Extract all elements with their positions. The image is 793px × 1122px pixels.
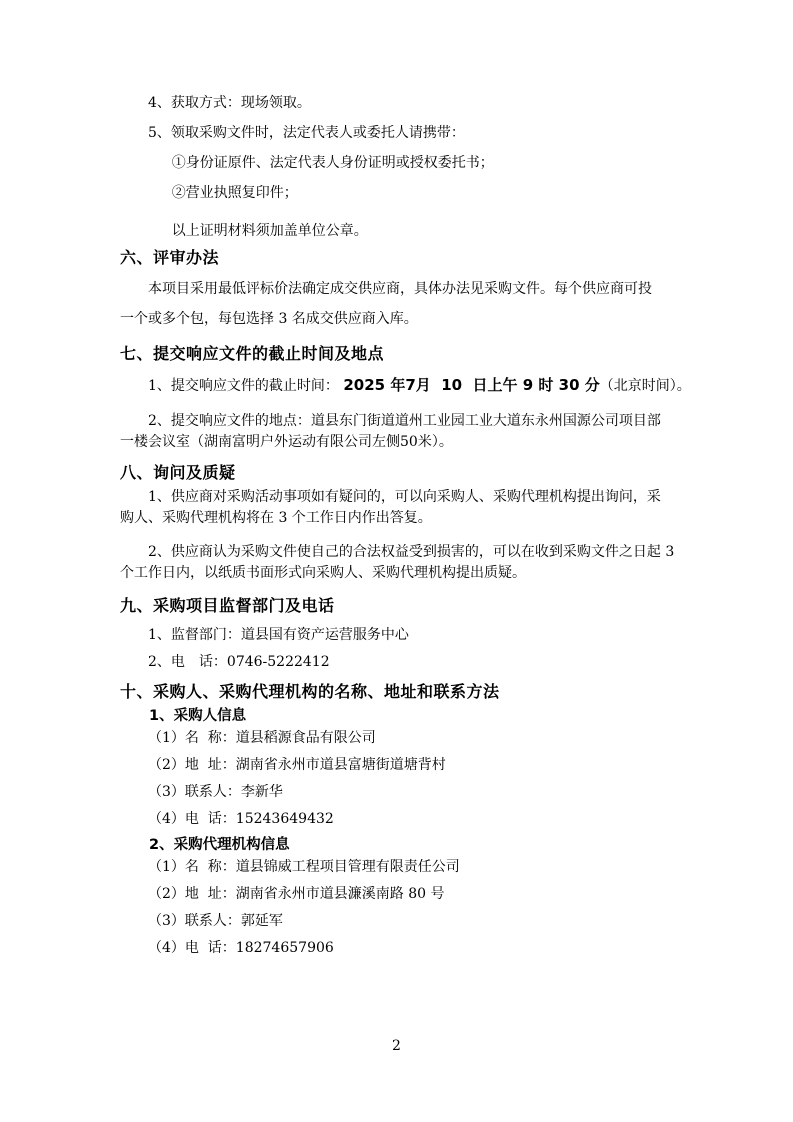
purchaser-phone: （4）电 话：15243649432 bbox=[120, 806, 720, 833]
purchaser-contact: （3）联系人：李新华 bbox=[120, 779, 720, 806]
challenge-paragraph: 2、供应商认为采购文件使自己的合法权益受到损害的，可以在收到采购文件之日起 3 … bbox=[120, 542, 720, 584]
list-subitem-2: ②营业执照复印件； bbox=[120, 178, 720, 208]
list-subitem-1: ①身份证原件、法定代表人身份证明或授权委托书； bbox=[120, 148, 720, 178]
submission-location: 2、提交响应文件的地点：道县东门街道道州工业园工业大道东永州国源公司项目部 一楼… bbox=[120, 411, 720, 453]
page-content: 4、获取方式：现场领取。 5、领取采购文件时，法定代表人或委托人请携带： ①身份… bbox=[0, 0, 793, 962]
section-10-heading: 十、采购人、采购代理机构的名称、地址和联系方法 bbox=[120, 680, 720, 704]
section-6-paragraph: 本项目采用最低评标价法确定成交供应商，具体办法见采购文件。每个供应商可投 一个或… bbox=[120, 274, 720, 334]
section-6-heading: 六、评审办法 bbox=[120, 246, 720, 270]
agency-contact: （3）联系人：郭延军 bbox=[120, 908, 720, 935]
document-page: 4、获取方式：现场领取。 5、领取采购文件时，法定代表人或委托人请携带： ①身份… bbox=[0, 0, 793, 1122]
inquiry-paragraph: 1、供应商对采购活动事项如有疑问的，可以向采购人、采购代理机构提出询问，采 购人… bbox=[120, 487, 720, 529]
section-7-heading: 七、提交响应文件的截止时间及地点 bbox=[120, 342, 720, 366]
section-8-heading: 八、询问及质疑 bbox=[120, 461, 720, 485]
list-item-4: 4、获取方式：现场领取。 bbox=[120, 88, 720, 118]
supervision-phone: 2、电 话：0746-5222412 bbox=[120, 649, 720, 676]
section-9-heading: 九、采购项目监督部门及电话 bbox=[120, 594, 720, 618]
deadline-line: 1、提交响应文件的截止时间： 2025 年7月 10 日上午 9 时 30 分（… bbox=[120, 370, 720, 401]
deadline-prefix: 1、提交响应文件的截止时间： bbox=[148, 378, 343, 394]
purchaser-name: （1）名 称：道县稻源食品有限公司 bbox=[120, 725, 720, 752]
page-footer: 2 bbox=[0, 1038, 793, 1054]
agency-address: （2）地 址：湖南省永州市道县濂溪南路 80 号 bbox=[120, 881, 720, 908]
agency-name: （1）名 称：道县锦威工程项目管理有限责任公司 bbox=[120, 854, 720, 881]
deadline-value: 2025 年7月 10 日上午 9 时 30 分 bbox=[343, 376, 599, 394]
agency-phone: （4）电 话：18274657906 bbox=[120, 935, 720, 962]
supervision-department: 1、监督部门：道县国有资产运营服务中心 bbox=[120, 622, 720, 649]
purchaser-address: （2）地 址：湖南省永州市道县富塘街道塘背村 bbox=[120, 752, 720, 779]
deadline-suffix: （北京时间）。 bbox=[600, 378, 691, 394]
stamp-note: 以上证明材料须加盖单位公章。 bbox=[120, 216, 720, 246]
page-number: 2 bbox=[392, 1038, 401, 1054]
list-item-5: 5、领取采购文件时，法定代表人或委托人请携带： bbox=[120, 118, 720, 148]
